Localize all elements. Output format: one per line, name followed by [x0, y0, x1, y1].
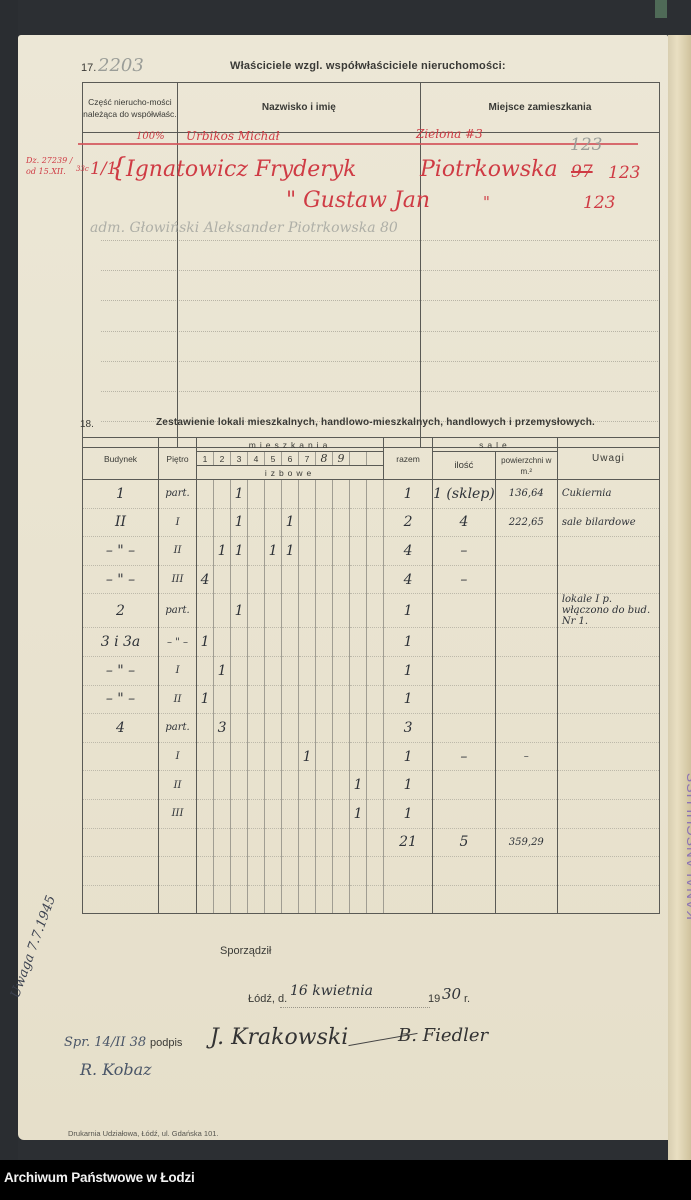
- cell-rooms-7: [299, 799, 316, 828]
- cell-halls-area: 222,65: [495, 508, 557, 537]
- cell-rooms-4: [248, 594, 265, 628]
- cell-floor: [159, 857, 197, 886]
- table-row: 4part.33: [83, 714, 660, 743]
- cell-rooms-10: [350, 828, 367, 857]
- cell-rooms-4: [248, 885, 265, 914]
- cell-rooms-4: [248, 857, 265, 886]
- room-count-4: 4: [248, 452, 265, 466]
- strikethrough-line: [78, 143, 638, 145]
- header-rooms-label: izbowe: [197, 466, 384, 480]
- entry-3-number: 123: [583, 193, 615, 213]
- cell-rooms-10: [350, 742, 367, 771]
- cell-rooms-2: [214, 771, 231, 800]
- cell-rooms-11: [367, 508, 384, 537]
- cell-rooms-6: [282, 565, 299, 594]
- entry-1-share: 100%: [136, 131, 165, 142]
- cell-rooms-1: 4: [197, 565, 214, 594]
- cell-halls-area: [495, 537, 557, 566]
- cell-rooms-2: 1: [214, 656, 231, 685]
- cell-rooms-3: 1: [231, 508, 248, 537]
- cell-rooms-10: [350, 656, 367, 685]
- cell-halls-count: [433, 857, 496, 886]
- cell-floor: I: [159, 508, 197, 537]
- cell-halls-area: [495, 628, 557, 657]
- footer-bar: Archiwum Państwowe w Łodzi: [0, 1160, 691, 1200]
- cell-remarks: Cukiernia: [557, 480, 659, 509]
- cell-rooms-2: [214, 594, 231, 628]
- cell-remarks: [557, 742, 659, 771]
- entry-3-name: " Gustaw Jan: [286, 188, 430, 213]
- room-count-2: 2: [214, 452, 231, 466]
- header-share: Część nierucho-mości należąca do współwł…: [83, 83, 178, 133]
- year-prefix: 19: [428, 993, 440, 1005]
- cell-rooms-8: [316, 857, 333, 886]
- cell-rooms-3: [231, 565, 248, 594]
- cell-rooms-4: [248, 656, 265, 685]
- cell-rooms-3: [231, 742, 248, 771]
- cell-rooms-8: [316, 594, 333, 628]
- cell-rooms-7: [299, 480, 316, 509]
- cell-rooms-11: [367, 594, 384, 628]
- curly-brace: {: [110, 153, 127, 183]
- cell-total: 2: [384, 508, 433, 537]
- cell-rooms-1: [197, 594, 214, 628]
- cell-halls-count: [433, 714, 496, 743]
- cell-halls-area: [495, 685, 557, 714]
- cell-total: 1: [384, 594, 433, 628]
- cell-rooms-6: 1: [282, 508, 299, 537]
- document-page: 17. 2203 Właściciele wzgl. współwłaścici…: [18, 35, 668, 1140]
- cell-rooms-6: [282, 480, 299, 509]
- cell-halls-count: 1 (sklep): [433, 480, 496, 509]
- cell-halls-count: [433, 685, 496, 714]
- cell-rooms-11: [367, 565, 384, 594]
- table-row: I11––: [83, 742, 660, 771]
- cell-remarks: [557, 885, 659, 914]
- table-row: 2part.11lokale I p. włączono do bud. Nr …: [83, 594, 660, 628]
- cell-rooms-9: [333, 885, 350, 914]
- cell-rooms-11: [367, 537, 384, 566]
- cell-total: 1: [384, 480, 433, 509]
- cell-floor: II: [159, 537, 197, 566]
- cell-rooms-4: [248, 714, 265, 743]
- cell-rooms-4: [248, 480, 265, 509]
- cell-rooms-5: [265, 685, 282, 714]
- entry-3-residence: ": [483, 193, 490, 211]
- cell-rooms-9: [333, 742, 350, 771]
- section-18-title: Zestawienie lokali mieszkalnych, handlow…: [156, 417, 595, 428]
- cell-rooms-8: [316, 656, 333, 685]
- room-count-3: 3: [231, 452, 248, 466]
- cell-halls-area: –: [495, 742, 557, 771]
- cell-halls-area: [495, 714, 557, 743]
- archive-name: Archiwum Państwowe w Łodzi: [4, 1170, 195, 1185]
- year-suffix: r.: [464, 993, 470, 1005]
- cell-building: [83, 885, 159, 914]
- cell-rooms-11: [367, 828, 384, 857]
- cell-halls-count: [433, 656, 496, 685]
- cell-rooms-7: [299, 628, 316, 657]
- table-row: [83, 857, 660, 886]
- cell-building: – " –: [83, 565, 159, 594]
- date-line: [280, 1007, 430, 1008]
- cell-rooms-1: [197, 537, 214, 566]
- cell-halls-count: [433, 594, 496, 628]
- cell-rooms-2: [214, 742, 231, 771]
- cell-rooms-5: [265, 565, 282, 594]
- cell-building: 3 i 3a: [83, 628, 159, 657]
- cell-rooms-8: [316, 799, 333, 828]
- cell-rooms-10: 1: [350, 799, 367, 828]
- cell-total: 1: [384, 685, 433, 714]
- cell-halls-count: –: [433, 537, 496, 566]
- cell-rooms-5: [265, 480, 282, 509]
- cell-rooms-1: 1: [197, 685, 214, 714]
- header-residence: Miejsce zamieszkania: [420, 83, 659, 133]
- table-row: – " –III44–: [83, 565, 660, 594]
- cell-building: [83, 828, 159, 857]
- cell-rooms-2: [214, 480, 231, 509]
- cell-rooms-1: [197, 885, 214, 914]
- cell-halls-count: [433, 771, 496, 800]
- cell-halls-count: [433, 628, 496, 657]
- cell-rooms-6: [282, 885, 299, 914]
- cell-rooms-1: [197, 771, 214, 800]
- margin-note: Spr. 14/II 38: [64, 1035, 146, 1050]
- cell-rooms-3: 1: [231, 594, 248, 628]
- cell-rooms-1: [197, 714, 214, 743]
- cell-remarks: [557, 537, 659, 566]
- cell-halls-area: 359,29: [495, 828, 557, 857]
- cell-rooms-8: [316, 537, 333, 566]
- cell-rooms-4: [248, 828, 265, 857]
- table-row: III1124222,65sale bilardowe: [83, 508, 660, 537]
- cell-rooms-9: [333, 857, 350, 886]
- room-count-11: [367, 452, 384, 466]
- cell-rooms-8: [316, 508, 333, 537]
- cell-rooms-11: [367, 771, 384, 800]
- cell-rooms-1: [197, 857, 214, 886]
- cell-rooms-3: [231, 885, 248, 914]
- cell-rooms-10: [350, 885, 367, 914]
- cell-rooms-8: [316, 565, 333, 594]
- cell-rooms-5: [265, 857, 282, 886]
- cell-remarks: [557, 771, 659, 800]
- table-row: [83, 885, 660, 914]
- cell-total: 4: [384, 537, 433, 566]
- cell-rooms-6: [282, 594, 299, 628]
- cell-rooms-5: [265, 799, 282, 828]
- cell-rooms-1: [197, 480, 214, 509]
- cell-floor: I: [159, 742, 197, 771]
- cell-rooms-10: [350, 685, 367, 714]
- room-count-9: 9: [333, 452, 350, 466]
- cell-rooms-4: [248, 537, 265, 566]
- cell-remarks: sale bilardowe: [557, 508, 659, 537]
- entry-2-old-number: 97: [571, 162, 593, 182]
- cell-rooms-9: [333, 714, 350, 743]
- cell-rooms-5: [265, 656, 282, 685]
- cell-rooms-6: [282, 742, 299, 771]
- section-17-title: Właściciele wzgl. współwłaściciele nieru…: [230, 60, 506, 72]
- entry-2-name: Ignatowicz Fryderyk: [126, 157, 357, 182]
- cell-rooms-9: [333, 656, 350, 685]
- cell-rooms-6: [282, 857, 299, 886]
- header-halls: sale: [433, 438, 558, 452]
- premises-table: Budynek Piętro mieszkania razem sale Uwa…: [82, 437, 660, 914]
- cell-rooms-8: [316, 885, 333, 914]
- cell-halls-area: [495, 799, 557, 828]
- cell-rooms-7: [299, 685, 316, 714]
- cell-building: 2: [83, 594, 159, 628]
- cell-rooms-8: [316, 828, 333, 857]
- cell-total: 1: [384, 742, 433, 771]
- table-row: 1part.111 (sklep)136,64Cukiernia: [83, 480, 660, 509]
- signature-label: podpis: [150, 1037, 182, 1049]
- kanalanschluss-stamp: KANALANSCHLUSS: [684, 772, 691, 920]
- cell-rooms-4: [248, 508, 265, 537]
- cell-rooms-5: [265, 742, 282, 771]
- cell-total: 1: [384, 771, 433, 800]
- cell-floor: III: [159, 565, 197, 594]
- cell-halls-area: [495, 857, 557, 886]
- cell-rooms-6: [282, 628, 299, 657]
- table-row: – " –II11114–: [83, 537, 660, 566]
- cell-halls-area: [495, 565, 557, 594]
- cell-rooms-2: [214, 628, 231, 657]
- cell-halls-area: [495, 594, 557, 628]
- header-floor: Piętro: [159, 438, 197, 480]
- cell-total: 1: [384, 656, 433, 685]
- cell-halls-count: –: [433, 565, 496, 594]
- cell-rooms-4: [248, 628, 265, 657]
- cell-rooms-6: [282, 656, 299, 685]
- cell-floor: – " –: [159, 628, 197, 657]
- cell-rooms-8: [316, 771, 333, 800]
- cell-building: – " –: [83, 685, 159, 714]
- cell-rooms-4: [248, 565, 265, 594]
- cell-rooms-8: [316, 628, 333, 657]
- cell-building: [83, 771, 159, 800]
- cell-rooms-4: [248, 799, 265, 828]
- cell-rooms-2: [214, 885, 231, 914]
- header-halls-area: powierzchni w m.²: [495, 452, 557, 480]
- cell-rooms-3: [231, 685, 248, 714]
- cell-rooms-1: [197, 742, 214, 771]
- administrator-pencil-note: adm. Głowiński Aleksander Piotrkowska 80: [90, 220, 398, 236]
- header-remarks: Uwagi: [557, 438, 659, 480]
- year-handwritten: 30: [442, 985, 461, 1003]
- cell-rooms-7: [299, 885, 316, 914]
- cell-floor: part.: [159, 480, 197, 509]
- cell-rooms-5: [265, 885, 282, 914]
- cell-floor: [159, 828, 197, 857]
- cell-rooms-6: [282, 771, 299, 800]
- table-row: 3 i 3a– " –11: [83, 628, 660, 657]
- cell-rooms-7: [299, 565, 316, 594]
- cell-building: 4: [83, 714, 159, 743]
- cell-rooms-1: [197, 828, 214, 857]
- cell-rooms-8: [316, 714, 333, 743]
- room-count-1: 1: [197, 452, 214, 466]
- cell-building: II: [83, 508, 159, 537]
- cell-rooms-9: [333, 565, 350, 594]
- cell-rooms-9: [333, 799, 350, 828]
- printer-imprint: Drukarnia Udziałowa, Łódź, ul. Gdańska 1…: [68, 1129, 219, 1138]
- prepared-by-label: Sporządził: [220, 945, 271, 957]
- cell-halls-area: [495, 771, 557, 800]
- cell-rooms-9: [333, 771, 350, 800]
- cell-rooms-10: 1: [350, 771, 367, 800]
- header-name: Nazwisko i imię: [177, 83, 420, 133]
- header-building: Budynek: [83, 438, 159, 480]
- cell-rooms-11: [367, 685, 384, 714]
- cell-rooms-2: [214, 565, 231, 594]
- cell-rooms-6: [282, 685, 299, 714]
- cell-rooms-11: [367, 656, 384, 685]
- entry-2-pencil-number: 123: [570, 135, 602, 155]
- cell-rooms-1: 1: [197, 628, 214, 657]
- cell-remarks: [557, 565, 659, 594]
- cell-total: 1: [384, 628, 433, 657]
- header-halls-count: ilość: [433, 452, 496, 480]
- table-row: III11: [83, 799, 660, 828]
- cell-remarks: [557, 828, 659, 857]
- cell-remarks: [557, 714, 659, 743]
- cell-remarks: [557, 656, 659, 685]
- cell-rooms-2: [214, 685, 231, 714]
- cell-rooms-9: [333, 480, 350, 509]
- cell-rooms-5: [265, 771, 282, 800]
- cell-floor: II: [159, 771, 197, 800]
- cell-rooms-1: [197, 799, 214, 828]
- cell-rooms-8: [316, 480, 333, 509]
- cell-remarks: [557, 857, 659, 886]
- cell-floor: III: [159, 799, 197, 828]
- cell-rooms-10: [350, 594, 367, 628]
- cell-total: 3: [384, 714, 433, 743]
- cell-rooms-11: [367, 628, 384, 657]
- cell-rooms-2: 1: [214, 537, 231, 566]
- cell-rooms-3: [231, 714, 248, 743]
- section-17-handwritten-number: 2203: [98, 55, 144, 76]
- date-handwritten: 16 kwietnia: [290, 983, 373, 999]
- cell-rooms-3: [231, 771, 248, 800]
- cell-rooms-9: [333, 685, 350, 714]
- cell-rooms-4: [248, 685, 265, 714]
- cell-rooms-5: [265, 714, 282, 743]
- table-row: – " –I11: [83, 656, 660, 685]
- cell-rooms-7: [299, 656, 316, 685]
- cell-rooms-4: [248, 771, 265, 800]
- cell-halls-count: –: [433, 742, 496, 771]
- cell-rooms-9: [333, 537, 350, 566]
- cell-rooms-6: 1: [282, 537, 299, 566]
- cell-rooms-3: 1: [231, 537, 248, 566]
- room-count-10: [350, 452, 367, 466]
- cell-rooms-9: [333, 828, 350, 857]
- cell-total: [384, 857, 433, 886]
- cell-rooms-3: [231, 828, 248, 857]
- cell-rooms-10: [350, 714, 367, 743]
- header-apartments: mieszkania: [197, 438, 384, 452]
- header-total: razem: [384, 438, 433, 480]
- cell-halls-area: [495, 656, 557, 685]
- page-edge: [668, 35, 691, 1160]
- cell-halls-count: 4: [433, 508, 496, 537]
- cell-building: [83, 742, 159, 771]
- cell-rooms-6: [282, 714, 299, 743]
- entry-1-name: Urbikos Michał: [186, 129, 279, 143]
- cell-remarks: [557, 628, 659, 657]
- cell-floor: II: [159, 685, 197, 714]
- cell-building: [83, 799, 159, 828]
- cell-rooms-6: [282, 799, 299, 828]
- table-row: 215359,29: [83, 828, 660, 857]
- cell-halls-area: [495, 885, 557, 914]
- section-17-number: 17.: [81, 62, 96, 74]
- cell-rooms-2: [214, 828, 231, 857]
- cell-rooms-3: 1: [231, 480, 248, 509]
- cell-rooms-7: [299, 771, 316, 800]
- cell-rooms-5: 1: [265, 537, 282, 566]
- cell-rooms-1: [197, 508, 214, 537]
- cell-rooms-8: [316, 742, 333, 771]
- cell-rooms-5: [265, 828, 282, 857]
- cell-rooms-2: 3: [214, 714, 231, 743]
- cell-rooms-9: [333, 508, 350, 537]
- margin-signature: R. Kobaz: [80, 1060, 152, 1079]
- cell-rooms-7: 1: [299, 742, 316, 771]
- section-18-number: 18.: [80, 419, 94, 430]
- cell-building: 1: [83, 480, 159, 509]
- cell-rooms-7: [299, 508, 316, 537]
- cell-floor: part.: [159, 594, 197, 628]
- cell-rooms-11: [367, 480, 384, 509]
- cell-rooms-5: [265, 594, 282, 628]
- cell-halls-count: 5: [433, 828, 496, 857]
- cell-floor: part.: [159, 714, 197, 743]
- room-count-6: 6: [282, 452, 299, 466]
- cell-rooms-10: [350, 565, 367, 594]
- cell-rooms-11: [367, 799, 384, 828]
- entry-1-residence: Zielona #3: [416, 127, 483, 141]
- cell-halls-area: 136,64: [495, 480, 557, 509]
- cell-rooms-10: [350, 628, 367, 657]
- cell-building: – " –: [83, 656, 159, 685]
- cell-rooms-9: [333, 628, 350, 657]
- cell-rooms-11: [367, 714, 384, 743]
- cell-rooms-4: [248, 742, 265, 771]
- cell-rooms-7: [299, 857, 316, 886]
- cell-total: 21: [384, 828, 433, 857]
- signature-1: J. Krakowski: [210, 1025, 348, 1050]
- entry-2-register-note: Dz. 27239 / od 15.XII.: [26, 155, 74, 177]
- cell-rooms-11: [367, 885, 384, 914]
- entry-2-number: 123: [608, 163, 640, 183]
- cell-rooms-8: [316, 685, 333, 714]
- cell-floor: I: [159, 656, 197, 685]
- cell-rooms-2: [214, 799, 231, 828]
- cell-rooms-7: [299, 594, 316, 628]
- cell-rooms-10: [350, 508, 367, 537]
- cell-rooms-11: [367, 857, 384, 886]
- cell-total: 1: [384, 799, 433, 828]
- cell-building: [83, 857, 159, 886]
- cell-rooms-10: [350, 537, 367, 566]
- table-row: – " –II11: [83, 685, 660, 714]
- cell-remarks: lokale I p. włączono do bud. Nr 1.: [557, 594, 659, 628]
